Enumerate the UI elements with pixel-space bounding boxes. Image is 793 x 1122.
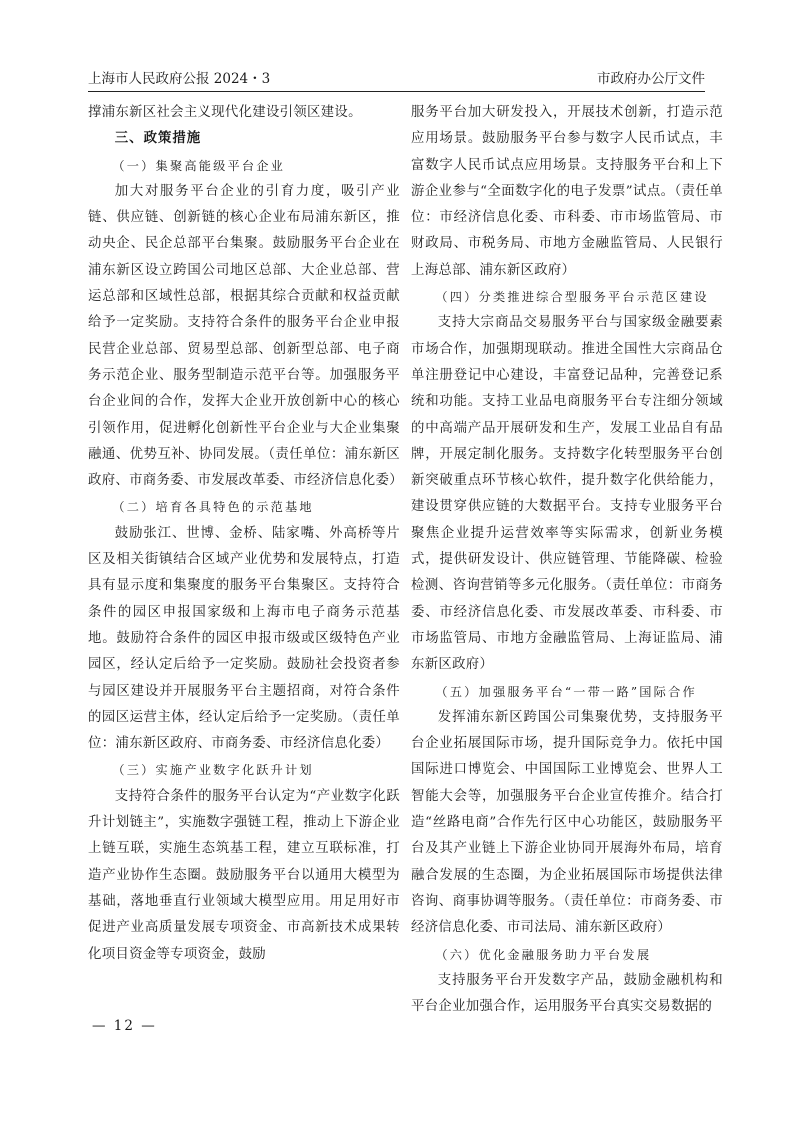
section-title: 市政府办公厅文件 bbox=[597, 67, 705, 87]
subsection-heading: （一）集聚高能级平台企业 bbox=[88, 153, 400, 179]
paragraph: 发挥浦东新区跨国公司集聚优势，支持服务平台企业拓展国际市场，提升国际竞争力。依托… bbox=[411, 705, 723, 942]
page-number: — 12 — bbox=[92, 1018, 157, 1034]
right-column: 服务平台加大研发投入，开展技术创新，打造示范应用场景。鼓励服务平台参与数字人民币… bbox=[411, 100, 723, 1020]
journal-title: 上海市人民政府公报 2024・3 bbox=[88, 67, 270, 87]
paragraph-continued: 撑浦东新区社会主义现代化建设引领区建设。 bbox=[88, 100, 400, 126]
paragraph: 支持符合条件的服务平台认定为“产业数字化跃升计划链主”，实施数字强链工程，推动上… bbox=[88, 784, 400, 968]
running-header: 上海市人民政府公报 2024・3 市政府办公厅文件 bbox=[88, 66, 705, 88]
paragraph-continued: 服务平台加大研发投入，开展技术创新，打造示范应用场景。鼓励服务平台参与数字人民币… bbox=[411, 100, 723, 284]
section-heading: 三、政策措施 bbox=[88, 126, 400, 152]
left-column: 撑浦东新区社会主义现代化建设引领区建设。 三、政策措施 （一）集聚高能级平台企业… bbox=[88, 100, 400, 968]
subsection-heading: （五）加强服务平台“一带一路”国际合作 bbox=[411, 679, 723, 705]
subsection-heading: （四）分类推进综合型服务平台示范区建设 bbox=[411, 284, 723, 310]
header-rule bbox=[88, 91, 705, 92]
paragraph: 加大对服务平台企业的引育力度，吸引产业链、供应链、创新链的核心企业布局浦东新区，… bbox=[88, 179, 400, 495]
paragraph: 支持服务平台开发数字产品，鼓励金融机构和平台企业加强合作，运用服务平台真实交易数… bbox=[411, 968, 723, 1021]
paragraph: 支持大宗商品交易服务平台与国家级金融要素市场合作，加强期现联动。推进全国性大宗商… bbox=[411, 310, 723, 678]
subsection-heading: （三）实施产业数字化跃升计划 bbox=[88, 757, 400, 783]
paragraph: 鼓励张江、世博、金桥、陆家嘴、外高桥等片区及相关街镇结合区域产业优势和发展特点，… bbox=[88, 521, 400, 758]
subsection-heading: （六）优化金融服务助力平台发展 bbox=[411, 942, 723, 968]
subsection-heading: （二）培育各具特色的示范基地 bbox=[88, 494, 400, 520]
